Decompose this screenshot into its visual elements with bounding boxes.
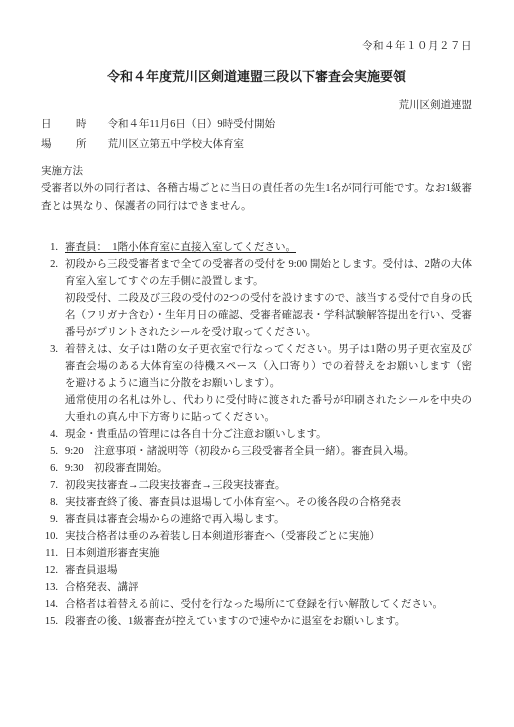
list-item: 15. 段審査の後、1級審査が控えていますので速やかに退室をお願いします。 [41, 613, 472, 630]
list-item: 11. 日本剣道形審査実施 [41, 545, 472, 562]
item-number: 8. [41, 494, 58, 511]
list-item: 7. 初段実技審査→二段実技審査→三段実技審査。 [41, 477, 472, 494]
item-text: 現金・貴重品の管理には各自十分ご注意お願いします。 [65, 426, 472, 443]
item-number: 1. [41, 239, 58, 256]
item-number: 12. [41, 562, 58, 579]
item-text: 実技合格者は垂のみ着装し日本剣道形審査へ（受審段ごとに実施） [65, 528, 472, 545]
numbered-list: 1. 審査員： 1階小体育室に直接入室してください。 2. 初段から三段受審者ま… [41, 239, 472, 630]
page-title: 令和４年度荒川区剣道連盟三段以下審査会実施要領 [41, 67, 472, 87]
item-number: 10. [41, 528, 58, 545]
issue-date: 令和４年１０月２７日 [41, 40, 472, 54]
item-text: 審査員退場 [65, 562, 472, 579]
item-text: 初段受付、二段及び三段の受付の2つの受付を設けますので、該当する受付で自身の氏名… [65, 290, 472, 341]
intro-paragraph: 受審者以外の同行者は、各稽古場ごとに当日の責任者の先生1名が同行可能です。なお1… [41, 180, 472, 215]
list-item: 10. 実技合格者は垂のみ着装し日本剣道形審査へ（受審段ごとに実施） [41, 528, 472, 545]
item-text: 実技審査終了後、審査員は退場して小体育室へ。その後各段の合格発表 [65, 494, 472, 511]
list-item: 12. 審査員退場 [41, 562, 472, 579]
info-value-place: 荒川区立第五中学校大体育室 [108, 135, 245, 155]
info-label-place: 場 所 [41, 135, 94, 155]
event-info: 日 時 令和４年11月6日（日）9時受付開始 場 所 荒川区立第五中学校大体育室 [41, 115, 472, 155]
item-text: 着替えは、女子は1階の女子更衣室で行なってください。男子は1階の男子更衣室及び審… [65, 341, 472, 392]
item-text: 通常使用の名札は外し、代わりに受付時に渡された番号が印刷されたシールを中央の大垂… [65, 392, 472, 426]
list-item: 3. 着替えは、女子は1階の女子更衣室で行なってください。男子は1階の男子更衣室… [41, 341, 472, 426]
info-row-datetime: 日 時 令和４年11月6日（日）9時受付開始 [41, 115, 472, 135]
item-number: 7. [41, 477, 58, 494]
document-page: 令和４年１０月２７日 令和４年度荒川区剣道連盟三段以下審査会実施要領 荒川区剣道… [0, 0, 514, 727]
item-text: 合格発表、講評 [65, 579, 472, 596]
list-item: 8. 実技審査終了後、審査員は退場して小体育室へ。その後各段の合格発表 [41, 494, 472, 511]
list-item: 2. 初段から三段受審者まで全ての受審者の受付を 9:00 開始とします。受付は… [41, 256, 472, 341]
item-text-group: 初段から三段受審者まで全ての受審者の受付を 9:00 開始とします。受付は、2階… [65, 256, 472, 341]
item-number: 2. [41, 256, 58, 341]
item-text: 段審査の後、1級審査が控えていますので速やかに退室をお願いします。 [65, 613, 472, 630]
list-item: 13. 合格発表、講評 [41, 579, 472, 596]
item-number: 15. [41, 613, 58, 630]
item-number: 9. [41, 511, 58, 528]
item-text: 9:30 初段審査開始。 [65, 460, 472, 477]
item-text: 審査員は審査会場からの連絡で再入場します。 [65, 511, 472, 528]
item-text: 初段から三段受審者まで全ての受審者の受付を 9:00 開始とします。受付は、2階… [65, 256, 472, 290]
organization-name: 荒川区剣道連盟 [41, 99, 472, 113]
info-label-datetime: 日 時 [41, 115, 94, 135]
list-item: 4. 現金・貴重品の管理には各自十分ご注意お願いします。 [41, 426, 472, 443]
list-item: 1. 審査員： 1階小体育室に直接入室してください。 [41, 239, 472, 256]
item-text: 日本剣道形審査実施 [65, 545, 472, 562]
item-number: 11. [41, 545, 58, 562]
list-item: 9. 審査員は審査会場からの連絡で再入場します。 [41, 511, 472, 528]
item-number: 3. [41, 341, 58, 426]
item-number: 4. [41, 426, 58, 443]
item-text: 合格者は着替える前に、受付を行なった場所にて登録を行い解散してください。 [65, 596, 472, 613]
list-item: 14. 合格者は着替える前に、受付を行なった場所にて登録を行い解散してください。 [41, 596, 472, 613]
item-text-group: 着替えは、女子は1階の女子更衣室で行なってください。男子は1階の男子更衣室及び審… [65, 341, 472, 426]
item-number: 5. [41, 443, 58, 460]
info-value-datetime: 令和４年11月6日（日）9時受付開始 [108, 115, 276, 135]
section-heading: 実施方法 [41, 163, 472, 180]
item-text: 9:20 注意事項・諸説明等（初段から三段受審者全員一緒）。審査員入場。 [65, 443, 472, 460]
item-number: 13. [41, 579, 58, 596]
item-text: 初段実技審査→二段実技審査→三段実技審査。 [65, 477, 472, 494]
list-item: 5. 9:20 注意事項・諸説明等（初段から三段受審者全員一緒）。審査員入場。 [41, 443, 472, 460]
list-item: 6. 9:30 初段審査開始。 [41, 460, 472, 477]
item-text: 審査員： 1階小体育室に直接入室してください。 [65, 239, 472, 256]
info-row-place: 場 所 荒川区立第五中学校大体育室 [41, 135, 472, 155]
item-number: 14. [41, 596, 58, 613]
item-number: 6. [41, 460, 58, 477]
